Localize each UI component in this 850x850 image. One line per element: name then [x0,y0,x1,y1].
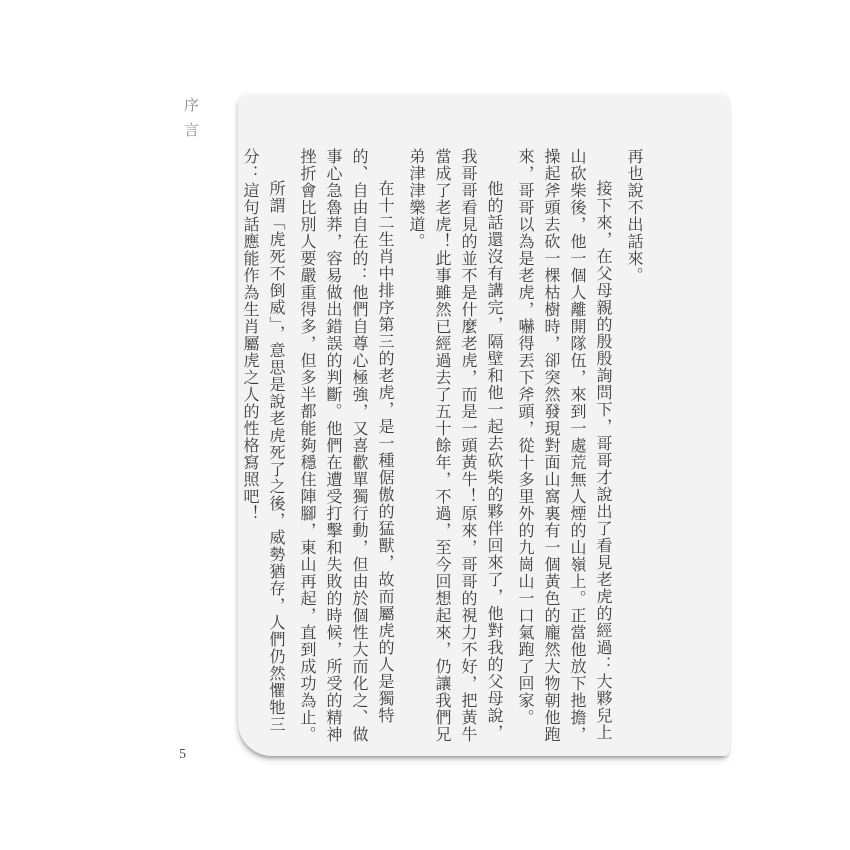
book-page: 再也說不出話來。接下來，在父母親的殷殷詢問下，哥哥才說出了看見老虎的經過：大夥兒… [238,97,730,756]
scan-background: 序言 再也說不出話來。接下來，在父母親的殷殷詢問下，哥哥才說出了看見老虎的經過：… [0,0,850,850]
section-label: 序言 [180,97,201,147]
paragraph: 所謂「虎死不倒威」，意思是說老虎死了之後，威勢猶存，人們仍然懼牠三分：這句話應能… [236,148,288,746]
page-text: 再也說不出話來。接下來，在父母親的殷殷詢問下，哥哥才說出了看見老虎的經過：大夥兒… [236,148,646,746]
paragraph: 接下來，在父母親的殷殷詢問下，哥哥才說出了看見老虎的經過：大夥兒上山砍柴後，他一… [511,148,615,746]
page-number: 5 [179,747,186,763]
paragraph: 他的話還沒有講完，隔壁和他一起去砍柴的夥伴回來了，他對我的父母說，我哥哥看見的並… [402,148,506,746]
paragraph: 再也說不出話來。 [620,148,646,746]
paragraph: 在十二生肖中排序第三的老虎，是一種倨傲的猛獸，故而屬虎的人是獨特的、自由自在的：… [293,148,397,746]
